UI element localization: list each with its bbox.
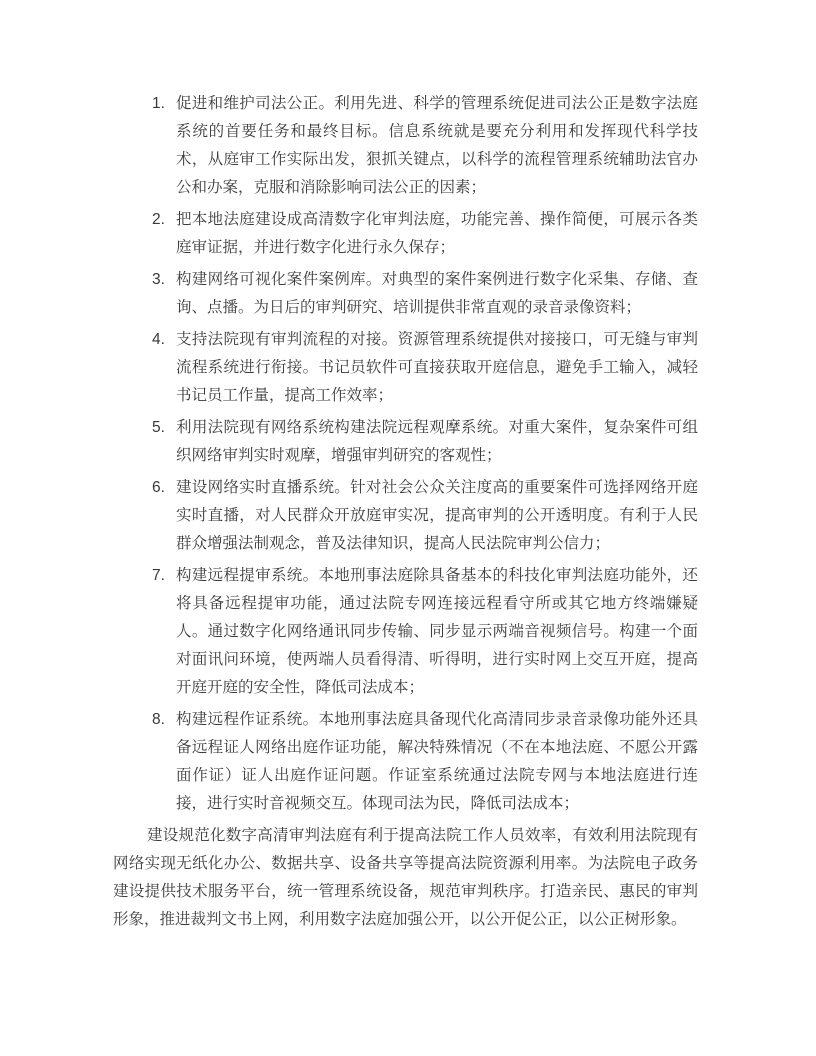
numbered-list: 1. 促进和维护司法公正。利用先进、科学的管理系统促进司法公正是数字法庭系统的首… bbox=[113, 90, 698, 818]
list-item-number: 3. bbox=[152, 266, 176, 322]
list-item: 5. 利用法院现有网络系统构建法院远程观摩系统。对重大案件，复杂案件可组织网络审… bbox=[113, 414, 698, 470]
list-item: 8. 构建远程作证系统。本地刑事法庭具备现代化高清同步录音录像功能外还具备远程证… bbox=[113, 706, 698, 818]
list-item: 7. 构建远程提审系统。本地刑事法庭除具备基本的科技化审判法庭功能外，还将具备远… bbox=[113, 562, 698, 702]
document-content: 1. 促进和维护司法公正。利用先进、科学的管理系统促进司法公正是数字法庭系统的首… bbox=[113, 90, 698, 934]
list-item: 6. 建设网络实时直播系统。针对社会公众关注度高的重要案件可选择网络开庭实时直播… bbox=[113, 474, 698, 558]
list-item-text: 建设网络实时直播系统。针对社会公众关注度高的重要案件可选择网络开庭实时直播，对人… bbox=[176, 474, 698, 558]
list-item-number: 6. bbox=[152, 474, 176, 558]
list-item-number: 5. bbox=[152, 414, 176, 470]
list-item-text: 把本地法庭建设成高清数字化审判法庭，功能完善、操作简便，可展示各类庭审证据，并进… bbox=[176, 206, 698, 262]
list-item-number: 2. bbox=[152, 206, 176, 262]
list-item-text: 支持法院现有审判流程的对接。资源管理系统提供对接接口，可无缝与审判流程系统进行衔… bbox=[176, 326, 698, 410]
list-item: 4. 支持法院现有审判流程的对接。资源管理系统提供对接接口，可无缝与审判流程系统… bbox=[113, 326, 698, 410]
list-item-text: 构建远程提审系统。本地刑事法庭除具备基本的科技化审判法庭功能外，还将具备远程提审… bbox=[176, 562, 698, 702]
list-item-number: 7. bbox=[152, 562, 176, 702]
list-item-number: 8. bbox=[152, 706, 176, 818]
list-item-text: 利用法院现有网络系统构建法院远程观摩系统。对重大案件，复杂案件可组织网络审判实时… bbox=[176, 414, 698, 470]
list-item-text: 构建网络可视化案件案例库。对典型的案件案例进行数字化采集、存储、查询、点播。为日… bbox=[176, 266, 698, 322]
list-item: 2. 把本地法庭建设成高清数字化审判法庭，功能完善、操作简便，可展示各类庭审证据… bbox=[113, 206, 698, 262]
list-item: 3. 构建网络可视化案件案例库。对典型的案件案例进行数字化采集、存储、查询、点播… bbox=[113, 266, 698, 322]
closing-paragraph: 建设规范化数字高清审判法庭有利于提高法院工作人员效率，有效利用法院现有网络实现无… bbox=[113, 822, 698, 934]
list-item-text: 构建远程作证系统。本地刑事法庭具备现代化高清同步录音录像功能外还具备远程证人网络… bbox=[176, 706, 698, 818]
document-page: 1. 促进和维护司法公正。利用先进、科学的管理系统促进司法公正是数字法庭系统的首… bbox=[0, 0, 816, 1056]
list-item-number: 4. bbox=[152, 326, 176, 410]
list-item: 1. 促进和维护司法公正。利用先进、科学的管理系统促进司法公正是数字法庭系统的首… bbox=[113, 90, 698, 202]
list-item-number: 1. bbox=[152, 90, 176, 202]
list-item-text: 促进和维护司法公正。利用先进、科学的管理系统促进司法公正是数字法庭系统的首要任务… bbox=[176, 90, 698, 202]
